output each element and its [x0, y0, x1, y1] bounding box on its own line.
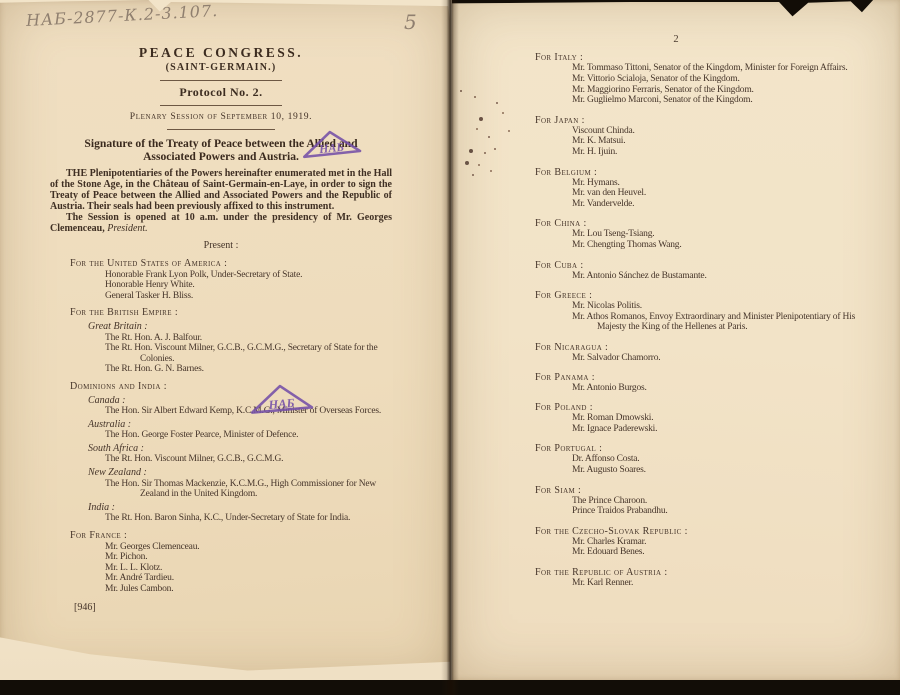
- session-paragraph: The Session is opened at 10 a.m. under t…: [50, 212, 392, 234]
- delegation-heading: For Nicaragua :: [535, 342, 875, 353]
- intro-paragraph-text: THE Plenipotentiaries of the Powers here…: [50, 168, 392, 212]
- delegation-block: For the Republic of Austria :Mr. Karl Re…: [527, 567, 875, 589]
- delegation-member: Mr. Salvador Chamorro.: [572, 353, 875, 364]
- delegation-member: Mr. Guglielmo Marconi, Senator of the Ki…: [572, 95, 875, 106]
- delegation-list-right: For Italy :Mr. Tommaso Tittoni, Senator …: [527, 52, 875, 589]
- delegation-subheading: Canada :: [88, 396, 392, 407]
- delegation-member: Mr. Hymans.: [572, 178, 875, 189]
- delegation-member: Mr. Georges Clemenceau.: [105, 542, 392, 553]
- delegation-member: The Hon. George Foster Pearce, Minister …: [105, 430, 392, 441]
- delegation-block: For China :Mr. Lou Tseng-Tsiang.Mr. Chen…: [527, 218, 875, 251]
- delegation-block: For Poland :Mr. Roman Dmowski.Mr. Ignace…: [527, 402, 875, 435]
- delegation-heading: For France :: [70, 531, 392, 542]
- delegation-heading: For Italy :: [535, 52, 875, 63]
- delegation-member: Mr. Edouard Benes.: [572, 547, 875, 558]
- delegation-block: For the British Empire :Great Britain :T…: [50, 308, 392, 375]
- delegation-member: Mr. H. Ijuin.: [572, 147, 875, 158]
- delegation-block: For Panama :Mr. Antonio Burgos.: [527, 372, 875, 394]
- delegation-member: The Rt. Hon. A. J. Balfour.: [105, 333, 392, 344]
- delegation-block: For Japan :Viscount Chinda.Mr. K. Matsui…: [527, 115, 875, 158]
- delegation-subheading: India :: [88, 503, 392, 514]
- delegation-member: Mr. K. Matsui.: [572, 136, 875, 147]
- delegation-member: Honorable Henry White.: [105, 280, 392, 291]
- delegation-heading: For Portugal :: [535, 443, 875, 454]
- delegation-member: Dr. Affonso Costa.: [572, 454, 875, 465]
- session-paragraph-italic: President.: [107, 223, 147, 234]
- delegation-block: For Italy :Mr. Tommaso Tittoni, Senator …: [527, 52, 875, 106]
- delegation-member: Mr. Augusto Soares.: [572, 465, 875, 476]
- svg-text:НАБ: НАБ: [267, 396, 295, 412]
- delegation-member: Mr. Antonio Sánchez de Bustamante.: [572, 271, 875, 282]
- page-right: 2 For Italy :Mr. Tommaso Tittoni, Senato…: [452, 0, 900, 680]
- delegation-member: Mr. Charles Kramar.: [572, 537, 875, 548]
- delegation-member: Mr. Ignace Paderewski.: [572, 424, 875, 435]
- delegation-block: For Siam :The Prince Charoon.Prince Trai…: [527, 485, 875, 518]
- scanned-document: { "stamp": { "text": "НАБ", "color": "#7…: [0, 0, 900, 695]
- delegation-member: Mr. van den Heuvel.: [572, 188, 875, 199]
- divider: [160, 80, 282, 81]
- page-number: 2: [452, 34, 900, 45]
- present-label: Present :: [50, 241, 392, 252]
- delegation-member: The Hon. Sir Thomas Mackenzie, K.C.M.G.,…: [105, 479, 392, 500]
- delegation-heading: For the Czecho-Slovak Republic :: [535, 526, 875, 537]
- delegation-block: For the Czecho-Slovak Republic :Mr. Char…: [527, 526, 875, 559]
- archive-code-handwriting: НАБ-2877-К.2-3.107.: [26, 1, 219, 30]
- session-paragraph-text: The Session is opened at 10 a.m. under t…: [50, 212, 392, 234]
- page-gutter-shadow: [441, 0, 459, 695]
- delegation-list-left: For the United States of America :Honora…: [50, 259, 392, 595]
- delegation-member: The Rt. Hon. Viscount Milner, G.C.B., G.…: [105, 343, 392, 364]
- delegation-member: Mr. Vandervelde.: [572, 199, 875, 210]
- delegation-member: The Rt. Hon. Viscount Milner, G.C.B., G.…: [105, 454, 392, 465]
- delegation-member: The Rt. Hon. Baron Sinha, K.C., Under-Se…: [105, 513, 392, 524]
- delegation-block: For Portugal :Dr. Affonso Costa.Mr. Augu…: [527, 443, 875, 476]
- delegation-member: Mr. Karl Renner.: [572, 578, 875, 589]
- delegation-block: For Cuba :Mr. Antonio Sánchez de Bustama…: [527, 260, 875, 282]
- delegation-heading: For Greece :: [535, 290, 875, 301]
- delegation-heading: For Japan :: [535, 115, 875, 126]
- delegation-subheading: Australia :: [88, 420, 392, 431]
- delegation-heading: For Panama :: [535, 372, 875, 383]
- nab-stamp-icon: НАБ: [247, 379, 316, 417]
- delegation-block: Dominions and India :Canada :The Hon. Si…: [50, 382, 392, 524]
- delegation-member: Prince Traidos Prabandhu.: [572, 506, 875, 517]
- delegation-member: Mr. Jules Cambon.: [105, 584, 392, 595]
- doc-title: PEACE CONGRESS.: [50, 48, 392, 59]
- delegation-member: General Tasker H. Bliss.: [105, 291, 392, 302]
- delegation-heading: For the British Empire :: [70, 308, 392, 319]
- delegation-member: Honorable Frank Lyon Polk, Under-Secreta…: [105, 270, 392, 281]
- delegation-block: For Belgium :Mr. Hymans.Mr. van den Heuv…: [527, 167, 875, 210]
- treaty-heading-line2: Associated Powers and Austria.: [143, 150, 299, 163]
- delegation-subheading: South Africa :: [88, 444, 392, 455]
- delegation-heading: For Siam :: [535, 485, 875, 496]
- delegation-heading: Dominions and India :: [70, 382, 392, 393]
- delegation-block: For Nicaragua :Mr. Salvador Chamorro.: [527, 342, 875, 364]
- delegation-heading: For the United States of America :: [70, 259, 392, 270]
- protocol-title: Protocol No. 2.: [50, 87, 392, 98]
- page-left: НАБ-2877-К.2-3.107. 5 НАБ НАБ PEACE CONG…: [0, 0, 450, 678]
- delegation-block: For Greece :Mr. Nicolas Politis.Mr. Atho…: [527, 290, 875, 333]
- divider: [167, 129, 275, 130]
- delegation-member: The Rt. Hon. G. N. Barnes.: [105, 364, 392, 375]
- delegation-member: Mr. Athos Romanos, Envoy Extraordinary a…: [572, 312, 875, 334]
- delegation-member: Mr. André Tardieu.: [105, 573, 392, 584]
- delegation-member: Mr. Roman Dmowski.: [572, 413, 875, 424]
- pencil-page-number: 5: [404, 10, 417, 34]
- delegation-member: Mr. Chengting Thomas Wang.: [572, 240, 875, 251]
- press-mark: [946]: [74, 603, 392, 614]
- delegation-heading: For Poland :: [535, 402, 875, 413]
- delegation-heading: For Cuba :: [535, 260, 875, 271]
- delegation-member: Mr. Lou Tseng-Tsiang.: [572, 229, 875, 240]
- delegation-heading: For Belgium :: [535, 167, 875, 178]
- delegation-subheading: New Zealand :: [88, 468, 392, 479]
- delegation-member: Mr. Antonio Burgos.: [572, 383, 875, 394]
- delegation-subheading: Great Britain :: [88, 322, 392, 333]
- delegation-heading: For the Republic of Austria :: [535, 567, 875, 578]
- intro-paragraph: THE Plenipotentiaries of the Powers here…: [50, 168, 392, 212]
- delegation-block: For France :Mr. Georges Clemenceau.Mr. P…: [50, 531, 392, 595]
- delegation-member: Mr. Vittorio Scialoja, Senator of the Ki…: [572, 74, 875, 85]
- divider: [160, 105, 282, 106]
- delegation-block: For the United States of America :Honora…: [50, 259, 392, 301]
- delegation-member: The Prince Charoon.: [572, 496, 875, 507]
- foxing-spots: [460, 90, 462, 92]
- delegation-member: Viscount Chinda.: [572, 126, 875, 137]
- delegation-member: Mr. Pichon.: [105, 552, 392, 563]
- delegation-member: Mr. Maggiorino Ferraris, Senator of the …: [572, 85, 875, 96]
- doc-subtitle: (SAINT-GERMAIN.): [50, 63, 392, 74]
- session-line: Plenary Session of September 10, 1919.: [50, 112, 392, 123]
- delegation-member: Mr. Tommaso Tittoni, Senator of the King…: [572, 63, 875, 74]
- delegation-heading: For China :: [535, 218, 875, 229]
- delegation-member: Mr. Nicolas Politis.: [572, 301, 875, 312]
- delegation-member: Mr. L. L. Klotz.: [105, 563, 392, 574]
- svg-text:НАБ: НАБ: [317, 140, 345, 157]
